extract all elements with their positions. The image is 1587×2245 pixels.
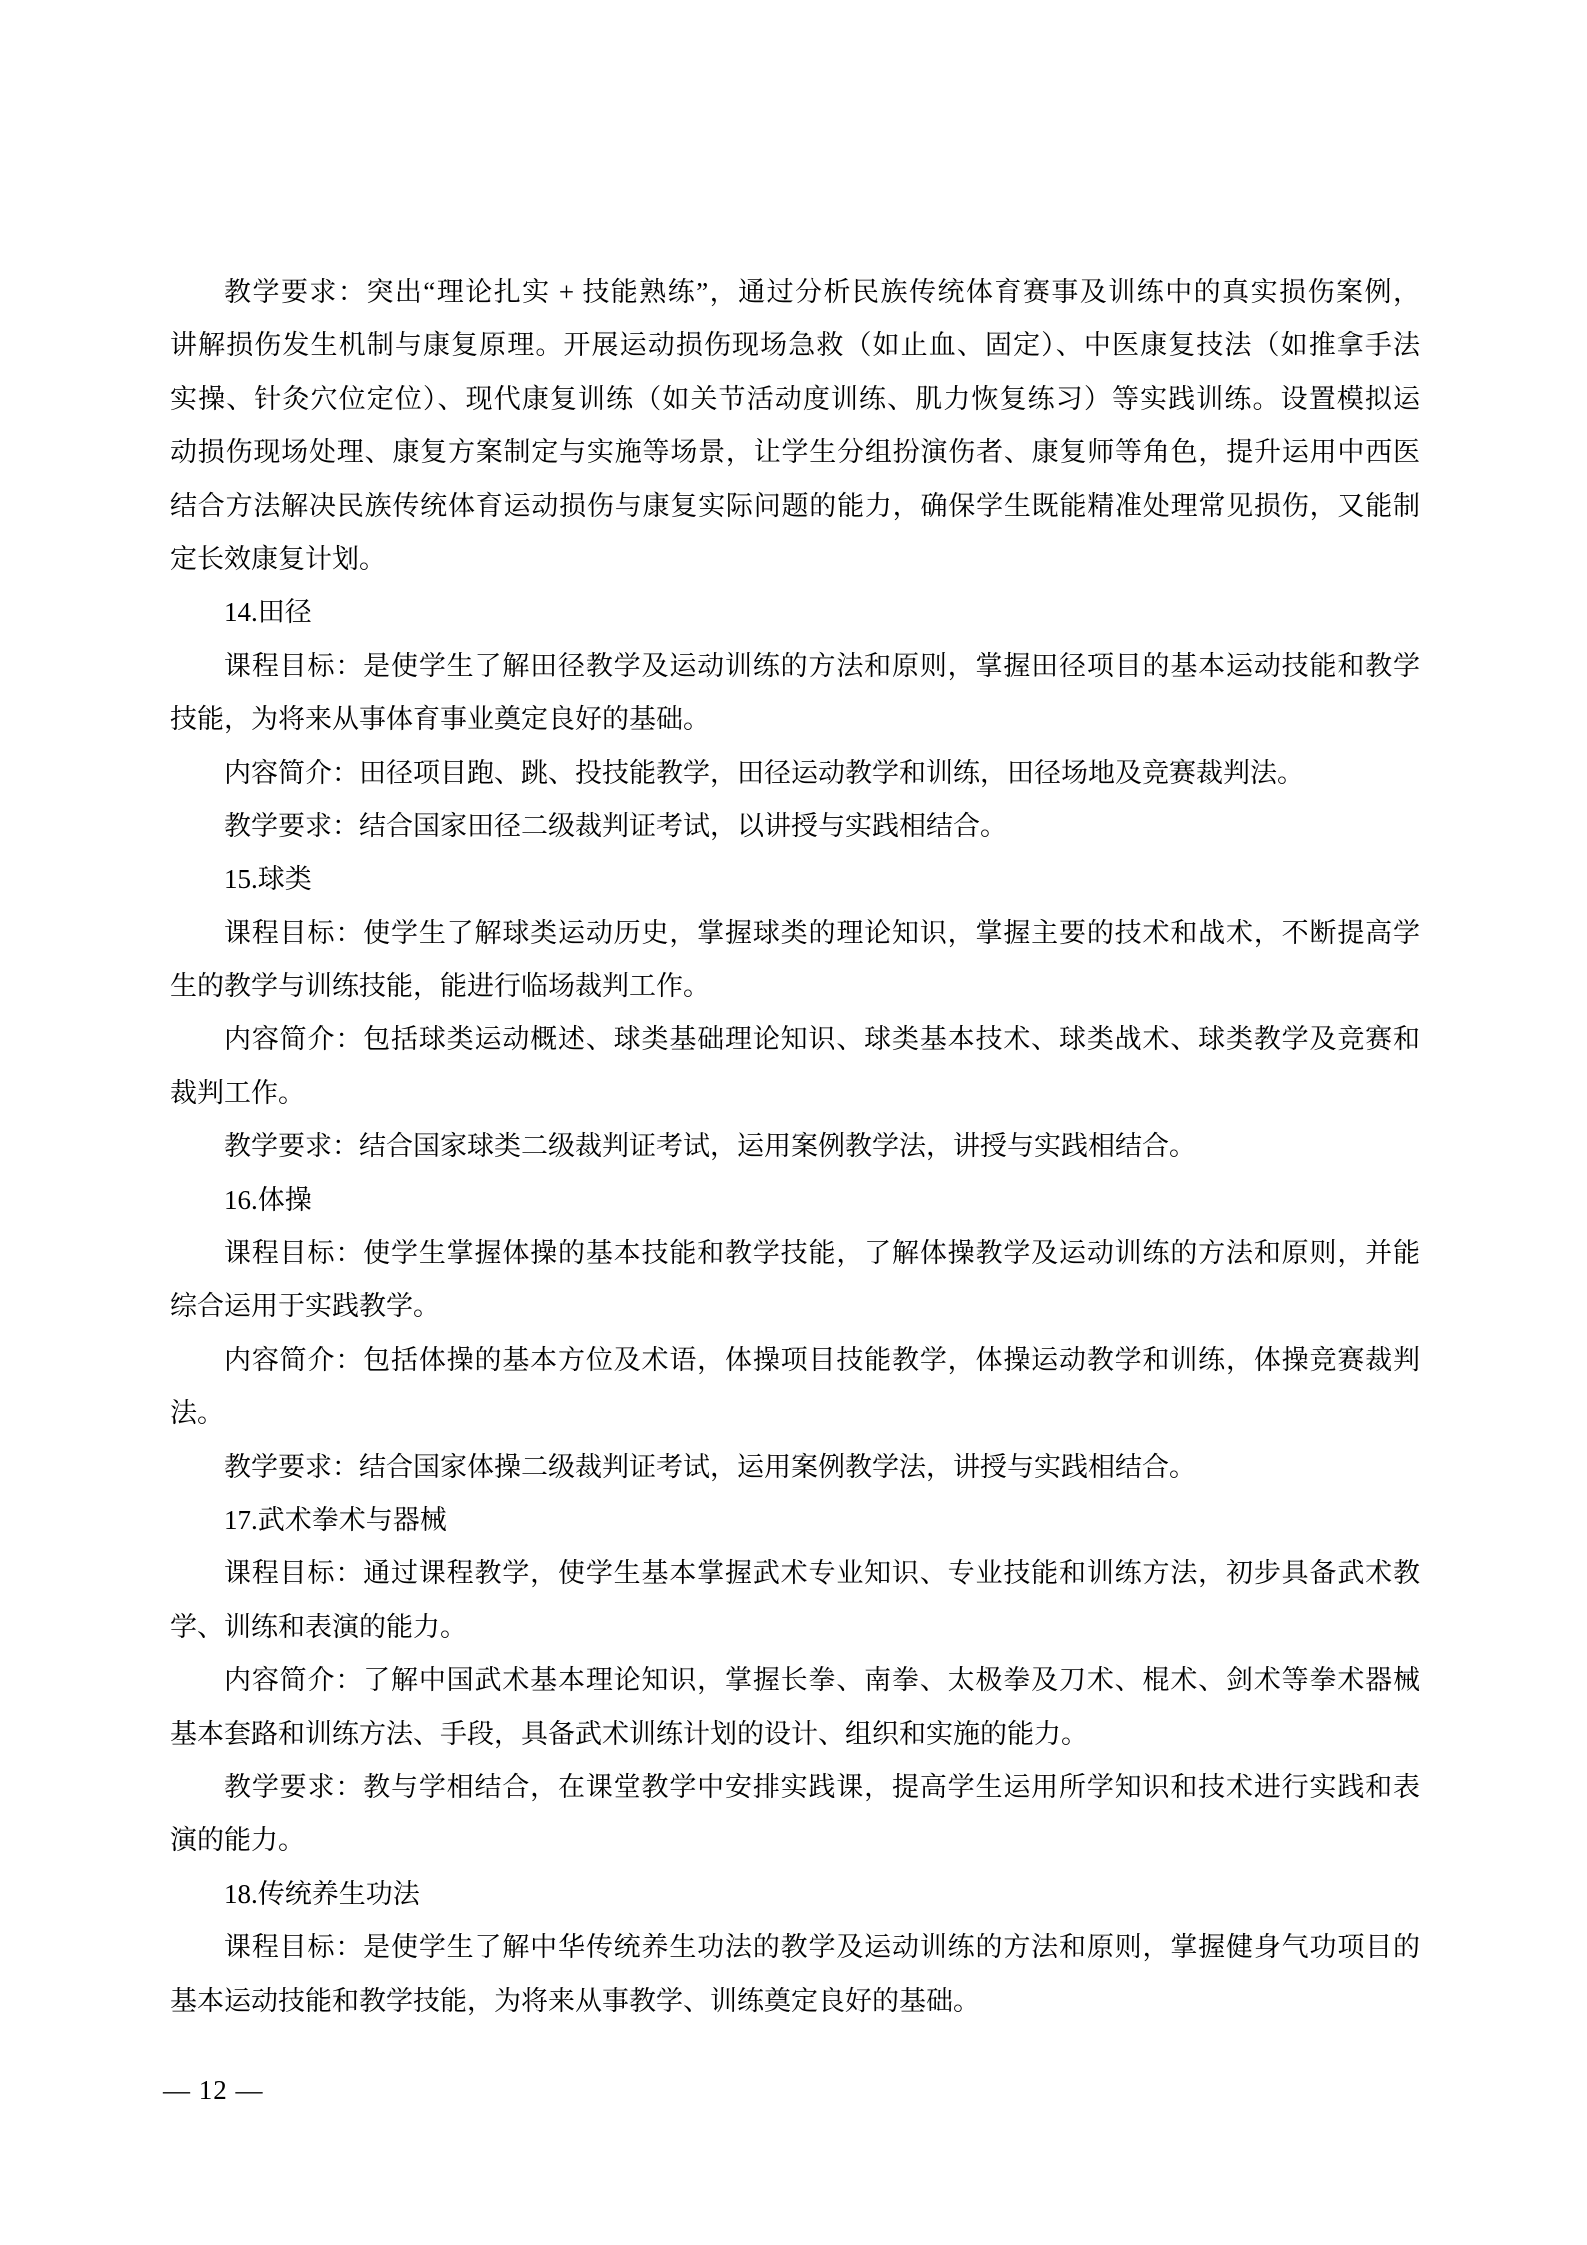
text-line: 课程目标：是使学生了解田径教学及运动训练的方法和原则，掌握田径项目的基本运动技能… [170, 640, 1420, 693]
text-line: 动损伤现场处理、康复方案制定与实施等场景，让学生分组扮演伤者、康复师等角色，提升… [170, 426, 1420, 479]
text-line: 课程目标：使学生掌握体操的基本技能和教学技能，了解体操教学及运动训练的方法和原则… [170, 1227, 1420, 1280]
text-line: 教学要求：结合国家体操二级裁判证考试，运用案例教学法，讲授与实践相结合。 [170, 1441, 1420, 1494]
text-line: 定长效康复计划。 [170, 533, 1420, 586]
text-line: 课程目标：使学生了解球类运动历史，掌握球类的理论知识，掌握主要的技术和战术，不断… [170, 907, 1420, 960]
text-line: 16.体操 [170, 1174, 1420, 1227]
text-line: 学、训练和表演的能力。 [170, 1601, 1420, 1654]
text-line: 裁判工作。 [170, 1067, 1420, 1120]
text-line: 演的能力。 [170, 1814, 1420, 1867]
text-line: 基本套路和训练方法、手段，具备武术训练计划的设计、组织和实施的能力。 [170, 1708, 1420, 1761]
text-line: 实操、针灸穴位定位）、现代康复训练（如关节活动度训练、肌力恢复练习）等实践训练。… [170, 373, 1420, 426]
text-line: 内容简介：包括球类运动概述、球类基础理论知识、球类基本技术、球类战术、球类教学及… [170, 1013, 1420, 1066]
text-line: 14.田径 [170, 586, 1420, 639]
text-line: 综合运用于实践教学。 [170, 1280, 1420, 1333]
text-line: 技能，为将来从事体育事业奠定良好的基础。 [170, 693, 1420, 746]
text-line: 课程目标：通过课程教学，使学生基本掌握武术专业知识、专业技能和训练方法，初步具备… [170, 1547, 1420, 1600]
text-line: 17.武术拳术与器械 [170, 1494, 1420, 1547]
text-line: 内容简介：田径项目跑、跳、投技能教学，田径运动教学和训练，田径场地及竞赛裁判法。 [170, 747, 1420, 800]
text-line: 基本运动技能和教学技能，为将来从事教学、训练奠定良好的基础。 [170, 1975, 1420, 2028]
text-line: 法。 [170, 1387, 1420, 1440]
text-line: 教学要求：结合国家球类二级裁判证考试，运用案例教学法，讲授与实践相结合。 [170, 1120, 1420, 1173]
text-line: 18.传统养生功法 [170, 1868, 1420, 1921]
document-body: 教学要求：突出“理论扎实 + 技能熟练”，通过分析民族传统体育赛事及训练中的真实… [170, 266, 1420, 2028]
text-line: 教学要求：教与学相结合，在课堂教学中安排实践课，提高学生运用所学知识和技术进行实… [170, 1761, 1420, 1814]
text-line: 生的教学与训练技能，能进行临场裁判工作。 [170, 960, 1420, 1013]
text-line: 教学要求：突出“理论扎实 + 技能熟练”，通过分析民族传统体育赛事及训练中的真实… [170, 266, 1420, 319]
text-line: 15.球类 [170, 853, 1420, 906]
text-line: 讲解损伤发生机制与康复原理。开展运动损伤现场急救（如止血、固定）、中医康复技法（… [170, 319, 1420, 372]
text-line: 结合方法解决民族传统体育运动损伤与康复实际问题的能力，确保学生既能精准处理常见损… [170, 480, 1420, 533]
document-page: 教学要求：突出“理论扎实 + 技能熟练”，通过分析民族传统体育赛事及训练中的真实… [0, 0, 1587, 2245]
text-line: 内容简介：包括体操的基本方位及术语，体操项目技能教学，体操运动教学和训练，体操竞… [170, 1334, 1420, 1387]
page-number: — 12 — [163, 2070, 264, 2110]
text-line: 课程目标：是使学生了解中华传统养生功法的教学及运动训练的方法和原则，掌握健身气功… [170, 1921, 1420, 1974]
text-line: 教学要求：结合国家田径二级裁判证考试，以讲授与实践相结合。 [170, 800, 1420, 853]
text-line: 内容简介：了解中国武术基本理论知识，掌握长拳、南拳、太极拳及刀术、棍术、剑术等拳… [170, 1654, 1420, 1707]
